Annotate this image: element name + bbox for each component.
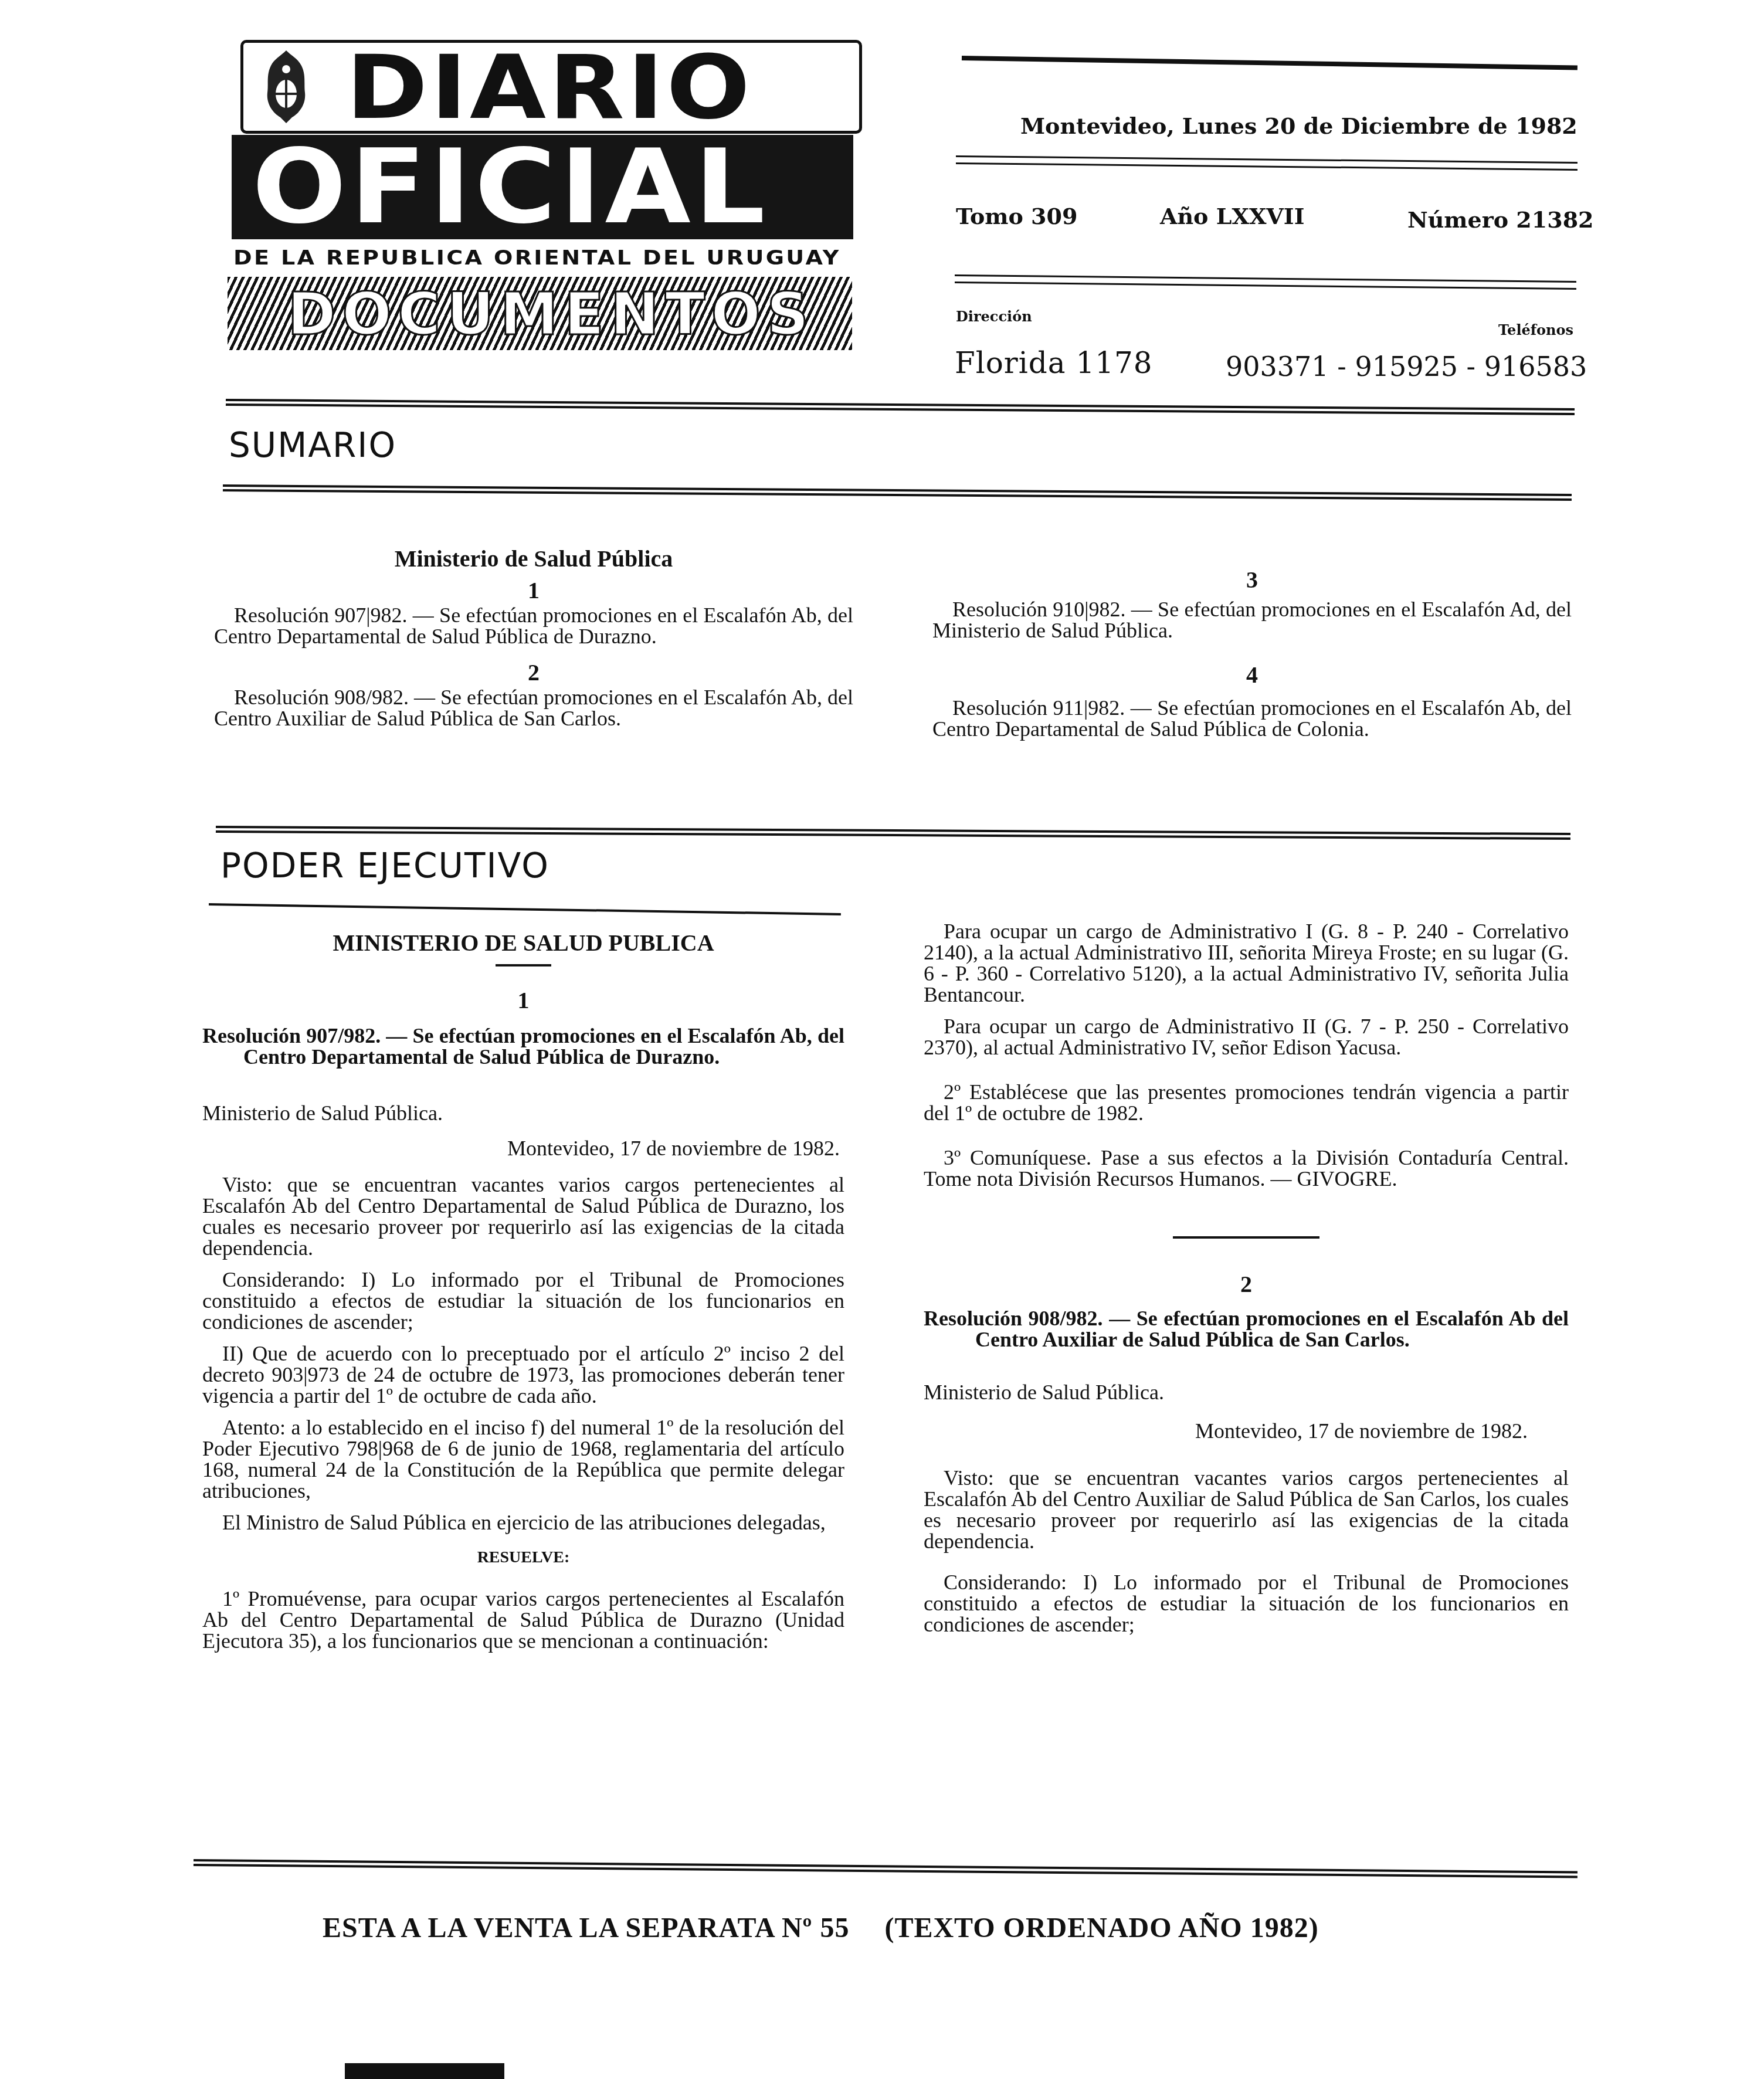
short-rule [1173,1236,1319,1239]
coat-of-arms-icon [263,48,310,124]
separata-banner-note: (TEXTO ORDENADO AÑO 1982) [884,1912,1318,1944]
masthead-title-oficial: OFICIAL [252,136,769,239]
separata-banner-text: ESTA A LA VENTA LA SEPARATA Nº 55 [323,1912,849,1944]
resolution-number: 2 [924,1274,1569,1295]
column-rule [209,903,841,915]
issue-address: Florida 1178 [955,346,1153,380]
comuniquese-paragraph: 3º Comuníquese. Pase a sus efectos a la … [924,1147,1569,1189]
resolution-date: Montevideo, 17 de noviembre de 1982. [202,1138,844,1159]
header-rule [955,274,1576,283]
sumario-item[interactable]: Resolución 907|982. — Se efectúan promoc… [214,605,853,647]
poder-ejecutivo-top-rule [216,826,1570,840]
resolution-issuer: Ministerio de Salud Pública. [202,1103,844,1124]
telefonos-label: Teléfonos [1498,321,1573,338]
resolution-907-column: MINISTERIO DE SALUD PUBLICA 1 Resolución… [202,932,844,1662]
sumario-item-number: 1 [214,580,853,601]
promotion-paragraph: Para ocupar un cargo de Administrativo I… [924,921,1569,1005]
issue-tomo: Tomo 309 [956,203,1077,229]
visto-paragraph: Visto: que se encuentran vacantes varios… [202,1174,844,1259]
masthead-title-diario: DIARIO [346,47,753,129]
issue-anio: Año LXXVII [1160,203,1304,229]
poder-ejecutivo-heading: PODER EJECUTIVO [220,846,549,886]
sumario-item-number: 3 [932,569,1572,591]
visto-paragraph: Visto: que se encuentran vacantes varios… [924,1467,1569,1552]
sumario-right-column: 3 Resolución 910|982. — Se efectúan prom… [932,566,1572,750]
sumario-ministry: Ministerio de Salud Pública [214,548,853,569]
sumario-item[interactable]: Resolución 910|982. — Se efectúan promoc… [932,599,1572,641]
sumario-item[interactable]: Resolución 911|982. — Se efectúan promoc… [932,697,1572,740]
header-rule [956,155,1578,164]
considerando-ii-paragraph: II) Que de acuerdo con lo preceptuado po… [202,1343,844,1406]
resolution-date: Montevideo, 17 de noviembre de 1982. [924,1420,1569,1442]
sumario-item[interactable]: Resolución 908/982. — Se efectúan promoc… [214,687,853,729]
separata-banner: ESTA A LA VENTA LA SEPARATA Nº 55(TEXTO … [323,1912,1319,1944]
resolution-number: 1 [202,990,844,1011]
sumario-item-number: 2 [214,662,853,683]
short-rule [496,964,551,966]
issue-numero: Número 21382 [1407,206,1594,233]
resolution-907-continued-column: Para ocupar un cargo de Administrativo I… [924,921,1569,1646]
sumario-heading: SUMARIO [229,425,396,465]
resuelve-paragraph: 1º Promuévense, para ocupar varios cargo… [202,1588,844,1651]
masthead-subtitle: DE LA REPUBLICA ORIENTAL DEL URUGUAY [233,246,841,270]
direccion-label: Dirección [956,308,1032,325]
footer-rule [194,1859,1578,1878]
page-edge-mark [345,2063,504,2079]
issue-date: Montevideo, Lunes 20 de Diciembre de 198… [1020,113,1578,139]
header-rule [956,162,1578,171]
ministro-paragraph: El Ministro de Salud Pública en ejercici… [202,1512,844,1533]
sumario-item-number: 4 [932,664,1572,686]
ministry-heading: MINISTERIO DE SALUD PUBLICA [202,932,844,954]
promotion-paragraph: Para ocupar un cargo de Administrativo I… [924,1016,1569,1058]
sumario-bottom-rule [223,484,1572,501]
sumario-top-rule [226,399,1575,415]
header-top-rule [962,56,1578,70]
atento-paragraph: Atento: a lo establecido en el inciso f)… [202,1417,844,1501]
header-rule [955,282,1576,290]
vigencia-paragraph: 2º Establécese que las presentes promoci… [924,1081,1569,1124]
resolution-title: Resolución 907/982. — Se efectúan promoc… [202,1025,844,1067]
sumario-left-column: Ministerio de Salud Pública 1 Resolución… [214,548,853,740]
documentos-banner-label: DOCUMENTOS [287,285,815,344]
considerando-paragraph: Considerando: I) Lo informado por el Tri… [202,1269,844,1332]
resolution-issuer: Ministerio de Salud Pública. [924,1382,1569,1403]
considerando-paragraph: Considerando: I) Lo informado por el Tri… [924,1572,1569,1635]
issue-phones: 903371 - 915925 - 916583 [1226,351,1587,382]
resuelve-label: RESUELVE: [202,1547,844,1568]
resolution-title: Resolución 908/982. — Se efectúan promoc… [924,1308,1569,1350]
